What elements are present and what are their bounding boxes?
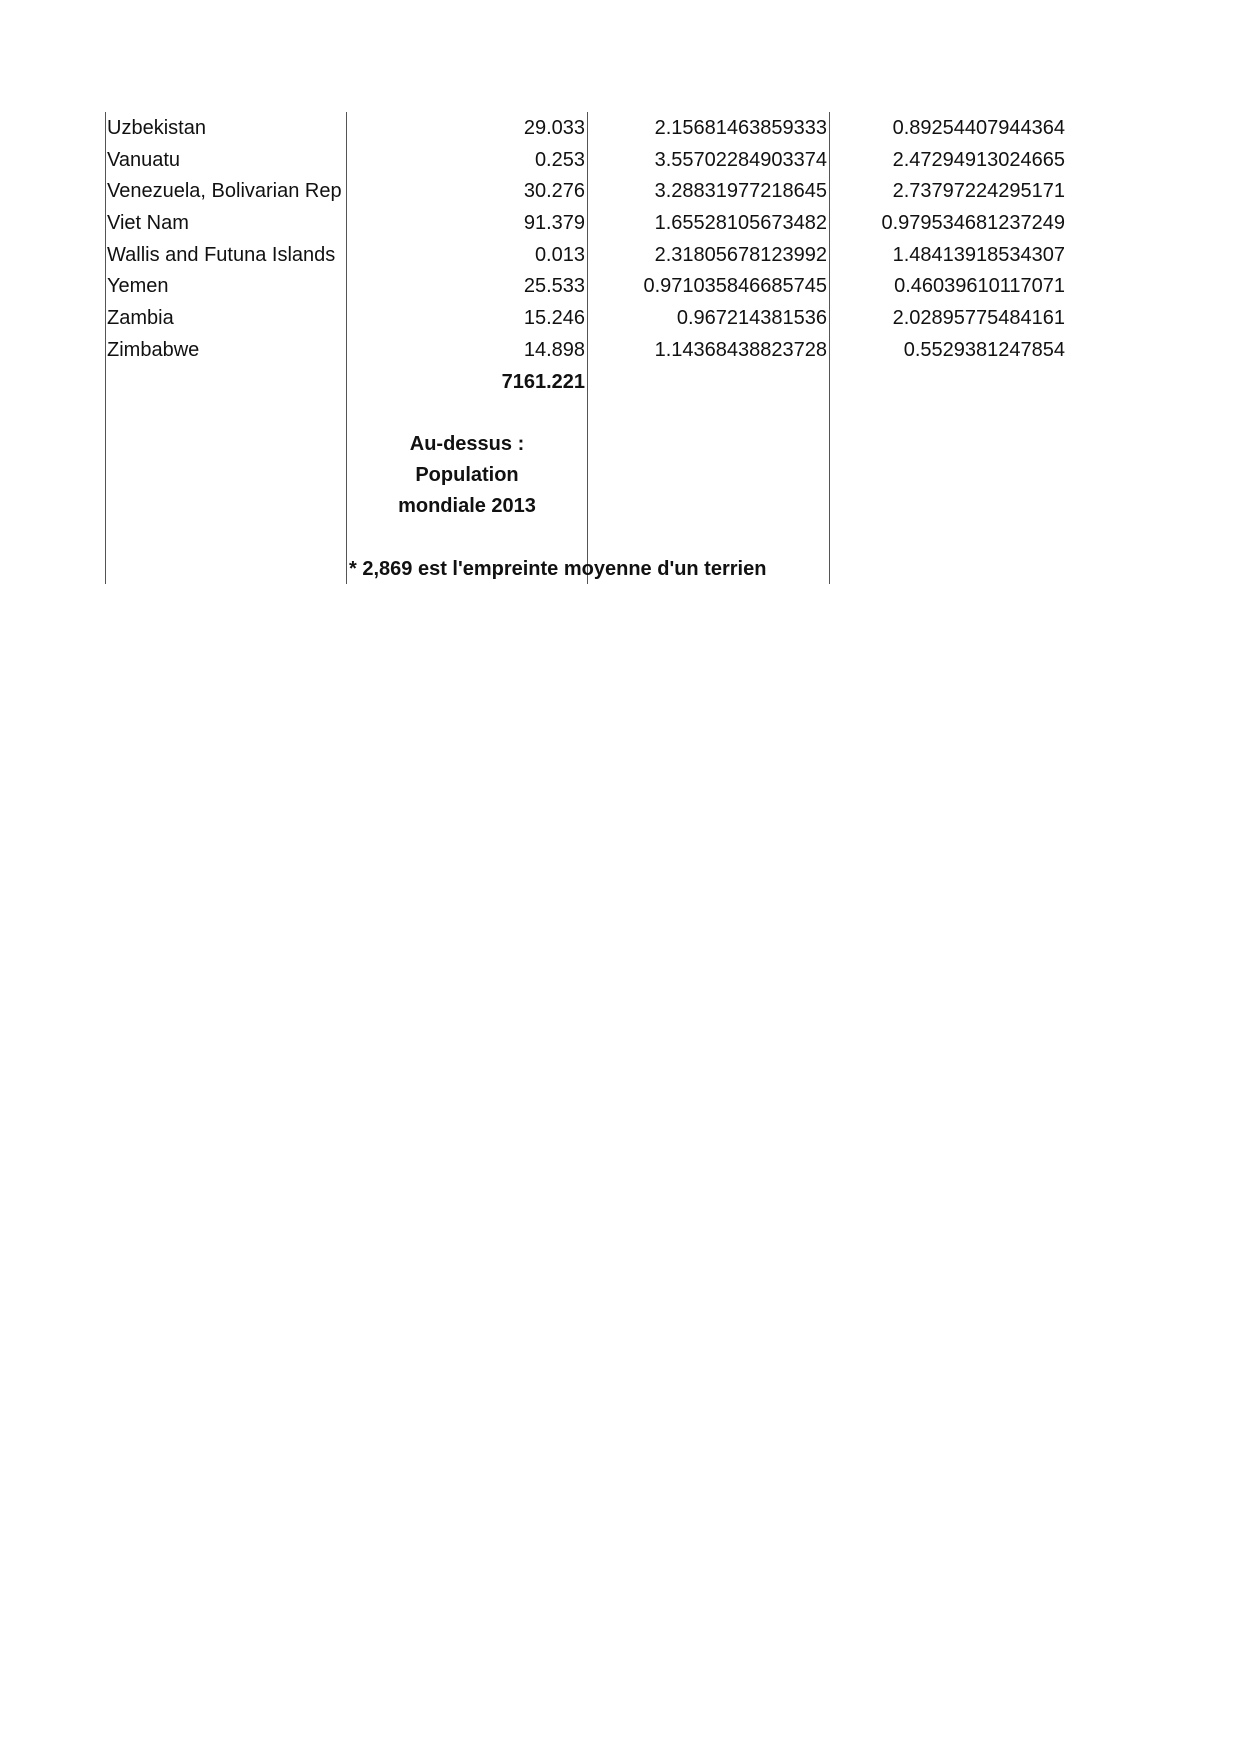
value1-cell: 0.967214381536 bbox=[588, 303, 827, 334]
spreadsheet-page: Uzbekistan 29.033 2.15681463859333 0.892… bbox=[0, 0, 1241, 1754]
value2-cell: 0.5529381247854 bbox=[830, 335, 1065, 366]
value2-cell: 1.48413918534307 bbox=[830, 240, 1065, 271]
country-cell: Yemen bbox=[107, 271, 345, 302]
population-cell: 25.533 bbox=[347, 271, 585, 302]
value1-cell: 0.971035846685745 bbox=[588, 271, 827, 302]
country-cell: Uzbekistan bbox=[107, 113, 345, 144]
country-cell: Vanuatu bbox=[107, 145, 345, 176]
population-cell: 29.033 bbox=[347, 113, 585, 144]
total-population-cell: 7161.221 bbox=[347, 367, 585, 398]
value2-cell: 0.979534681237249 bbox=[830, 208, 1065, 239]
table-row: Yemen 25.533 0.971035846685745 0.4603961… bbox=[0, 271, 1241, 302]
table-row: Venezuela, Bolivarian Rep 30.276 3.28831… bbox=[0, 176, 1241, 207]
population-cell: 0.253 bbox=[347, 145, 585, 176]
value2-cell: 2.47294913024665 bbox=[830, 145, 1065, 176]
population-cell: 14.898 bbox=[347, 335, 585, 366]
value2-cell: 0.46039610117071 bbox=[830, 271, 1065, 302]
country-cell: Viet Nam bbox=[107, 208, 345, 239]
table-row: Vanuatu 0.253 3.55702284903374 2.4729491… bbox=[0, 145, 1241, 176]
footnote: * 2,869 est l'empreinte moyenne d'un ter… bbox=[349, 554, 766, 585]
table-row: Uzbekistan 29.033 2.15681463859333 0.892… bbox=[0, 113, 1241, 144]
value1-cell: 1.65528105673482 bbox=[588, 208, 827, 239]
total-note-line-1: Au-dessus : bbox=[347, 429, 587, 460]
value2-cell: 2.02895775484161 bbox=[830, 303, 1065, 334]
population-cell: 0.013 bbox=[347, 240, 585, 271]
country-cell: Wallis and Futuna Islands bbox=[107, 240, 345, 271]
value2-cell: 2.73797224295171 bbox=[830, 176, 1065, 207]
table-row: Zimbabwe 14.898 1.14368438823728 0.55293… bbox=[0, 335, 1241, 366]
country-cell: Zimbabwe bbox=[107, 335, 345, 366]
total-note-line-3: mondiale 2013 bbox=[347, 491, 587, 522]
table-row: Wallis and Futuna Islands 0.013 2.318056… bbox=[0, 240, 1241, 271]
total-row: 7161.221 bbox=[0, 367, 1241, 398]
total-note-line-2: Population bbox=[347, 460, 587, 491]
value2-cell: 0.89254407944364 bbox=[830, 113, 1065, 144]
table-row: Viet Nam 91.379 1.65528105673482 0.97953… bbox=[0, 208, 1241, 239]
value1-cell: 1.14368438823728 bbox=[588, 335, 827, 366]
value1-cell: 3.28831977218645 bbox=[588, 176, 827, 207]
value1-cell: 2.15681463859333 bbox=[588, 113, 827, 144]
country-cell: Zambia bbox=[107, 303, 345, 334]
value1-cell: 3.55702284903374 bbox=[588, 145, 827, 176]
value1-cell: 2.31805678123992 bbox=[588, 240, 827, 271]
country-cell: Venezuela, Bolivarian Rep bbox=[107, 176, 345, 207]
population-cell: 30.276 bbox=[347, 176, 585, 207]
population-cell: 15.246 bbox=[347, 303, 585, 334]
table-row: Zambia 15.246 0.967214381536 2.028957754… bbox=[0, 303, 1241, 334]
population-cell: 91.379 bbox=[347, 208, 585, 239]
